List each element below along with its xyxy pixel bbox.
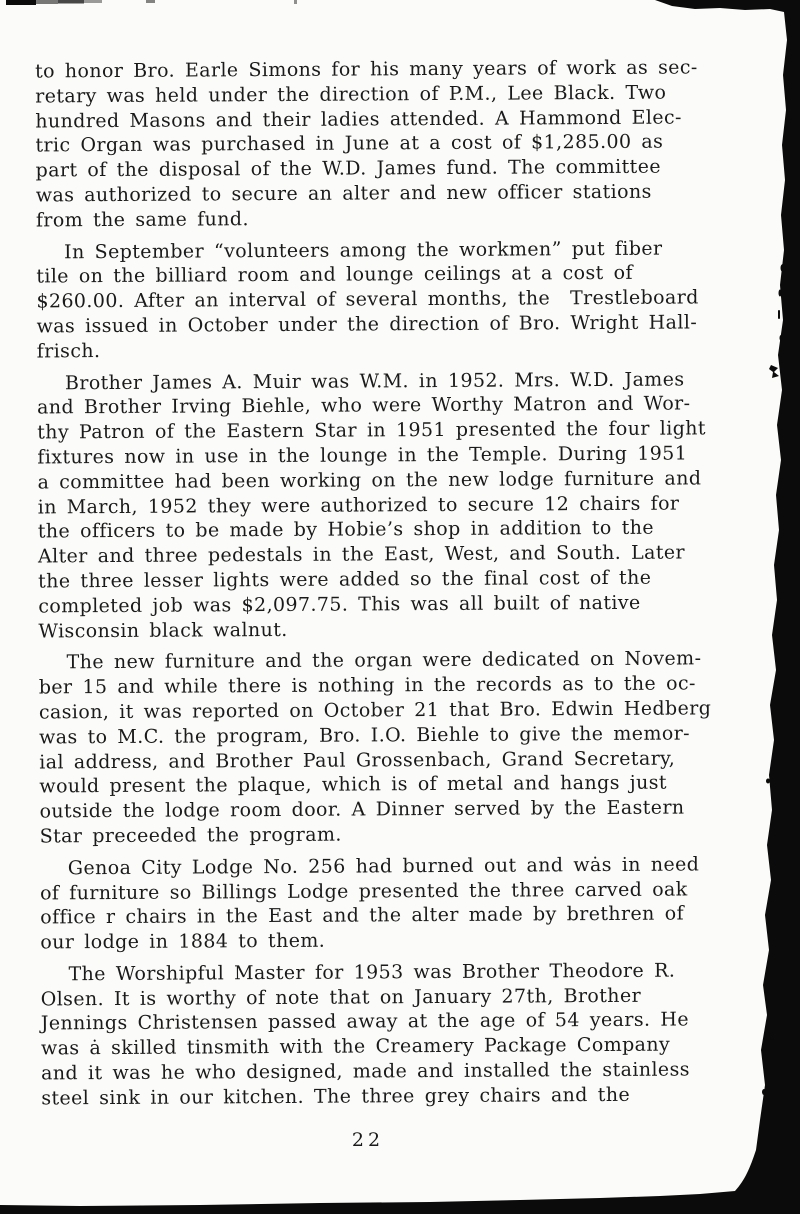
text-line: The Worshipful Master for 1953 was Broth… (40, 958, 740, 987)
text-line: steel sink in our kitchen. The three gre… (41, 1082, 741, 1111)
paragraph: The new furniture and the organ were ded… (39, 646, 740, 849)
scanned-page: to honor Bro. Earle Simons for his many … (0, 0, 800, 1214)
scan-smudge (146, 0, 155, 3)
paragraph: Brother James A. Muir was W.M. in 1952. … (37, 367, 739, 644)
text-line: Wisconsin black walnut. (38, 615, 738, 644)
text-line: frisch. (37, 335, 737, 364)
scan-speck (778, 310, 780, 319)
paragraph: The Worshipful Master for 1953 was Broth… (40, 958, 741, 1111)
scan-smudge (6, 0, 36, 5)
scan-speck (768, 1030, 774, 1040)
paragraph: Genoa City Lodge No. 256 had burned out … (40, 852, 741, 955)
scan-speck (766, 779, 770, 784)
scan-speck (762, 1089, 766, 1095)
scan-smudge (294, 0, 297, 4)
page-text: to honor Bro. Earle Simons for his many … (35, 55, 741, 1118)
text-line: Genoa City Lodge No. 256 had burned out … (40, 852, 740, 881)
paragraph: to honor Bro. Earle Simons for his many … (35, 55, 736, 233)
scan-speck (781, 264, 786, 272)
text-line: was issued in October under the directio… (37, 310, 737, 339)
text-line: completed job was $2,097.75. This was al… (38, 590, 738, 619)
scan-smudge (58, 0, 84, 4)
text-line: a committee had been working on the new … (37, 466, 737, 495)
text-line: Star preceeded the program. (40, 820, 740, 849)
scan-speck (779, 290, 782, 297)
text-line: and it was he who designed, made and ins… (41, 1057, 741, 1086)
text-line: our lodge in 1884 to them. (40, 926, 740, 955)
paragraph: In September “volunteers among the workm… (36, 236, 737, 364)
scan-smudge (36, 0, 58, 4)
text-line: outside the lodge room door. A Dinner se… (39, 795, 739, 824)
scan-speck (780, 335, 783, 341)
page-number: 22 (38, 1129, 698, 1151)
text-line: office r chairs in the East and the alte… (40, 901, 740, 930)
scan-smudge (84, 0, 102, 3)
text-line: was to M.C. the program, Bro. I.O. Biehl… (39, 721, 739, 750)
text-line: from the same fund. (36, 204, 736, 233)
scan-speck (769, 365, 779, 378)
text-line: was authorized to secure an alter and ne… (36, 179, 736, 208)
text-line: retary was held under the direction of P… (35, 80, 735, 109)
